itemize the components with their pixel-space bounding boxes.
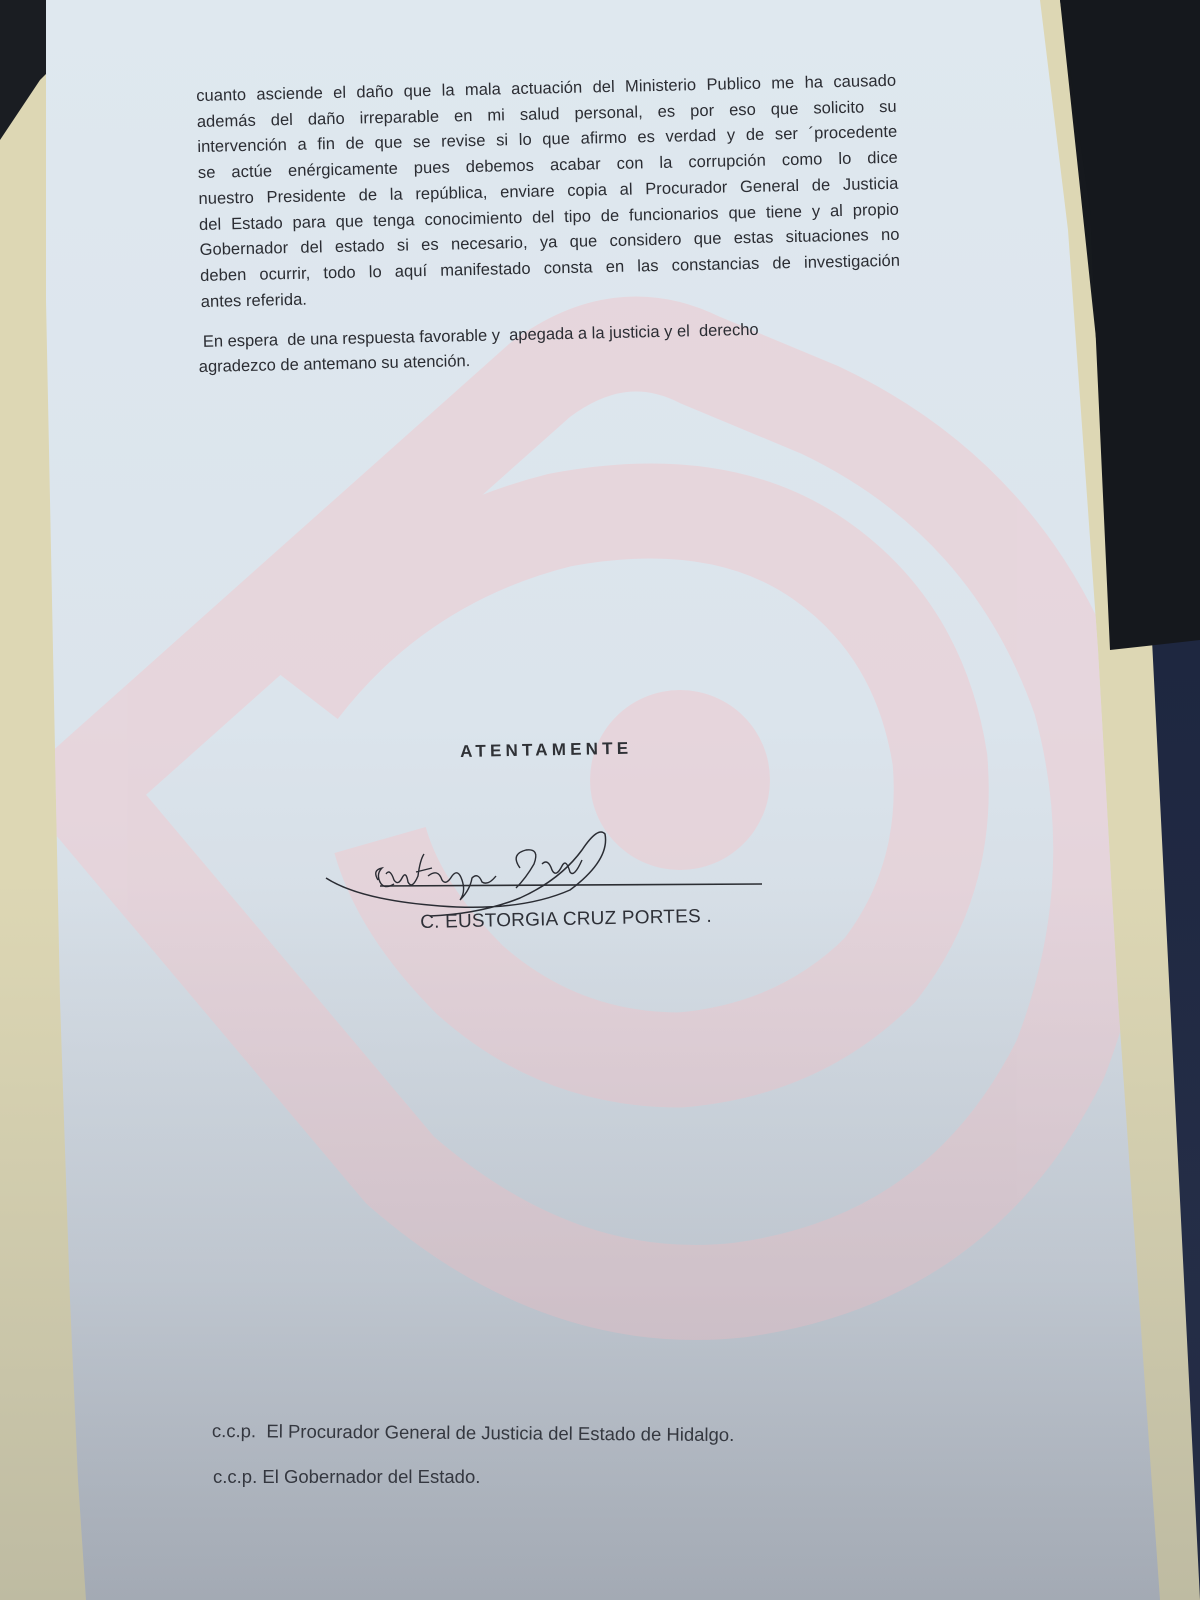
body-paragraph: cuanto asciende el daño que la mala actu… bbox=[196, 69, 901, 316]
salutation-atentamente: ATENTAMENTE bbox=[460, 739, 632, 762]
cc-item: c.c.p. El Procurador General de Justicia… bbox=[212, 1420, 735, 1446]
signer-printed-name: C. EUSTORGIA CRUZ PORTES . bbox=[420, 906, 712, 934]
letter-content: cuanto asciende el daño que la mala actu… bbox=[0, 0, 1200, 1600]
closing-paragraph: En espera de una respuesta favorable y a… bbox=[198, 315, 899, 380]
cc-item: c.c.p. El Gobernador del Estado. bbox=[213, 1466, 480, 1488]
